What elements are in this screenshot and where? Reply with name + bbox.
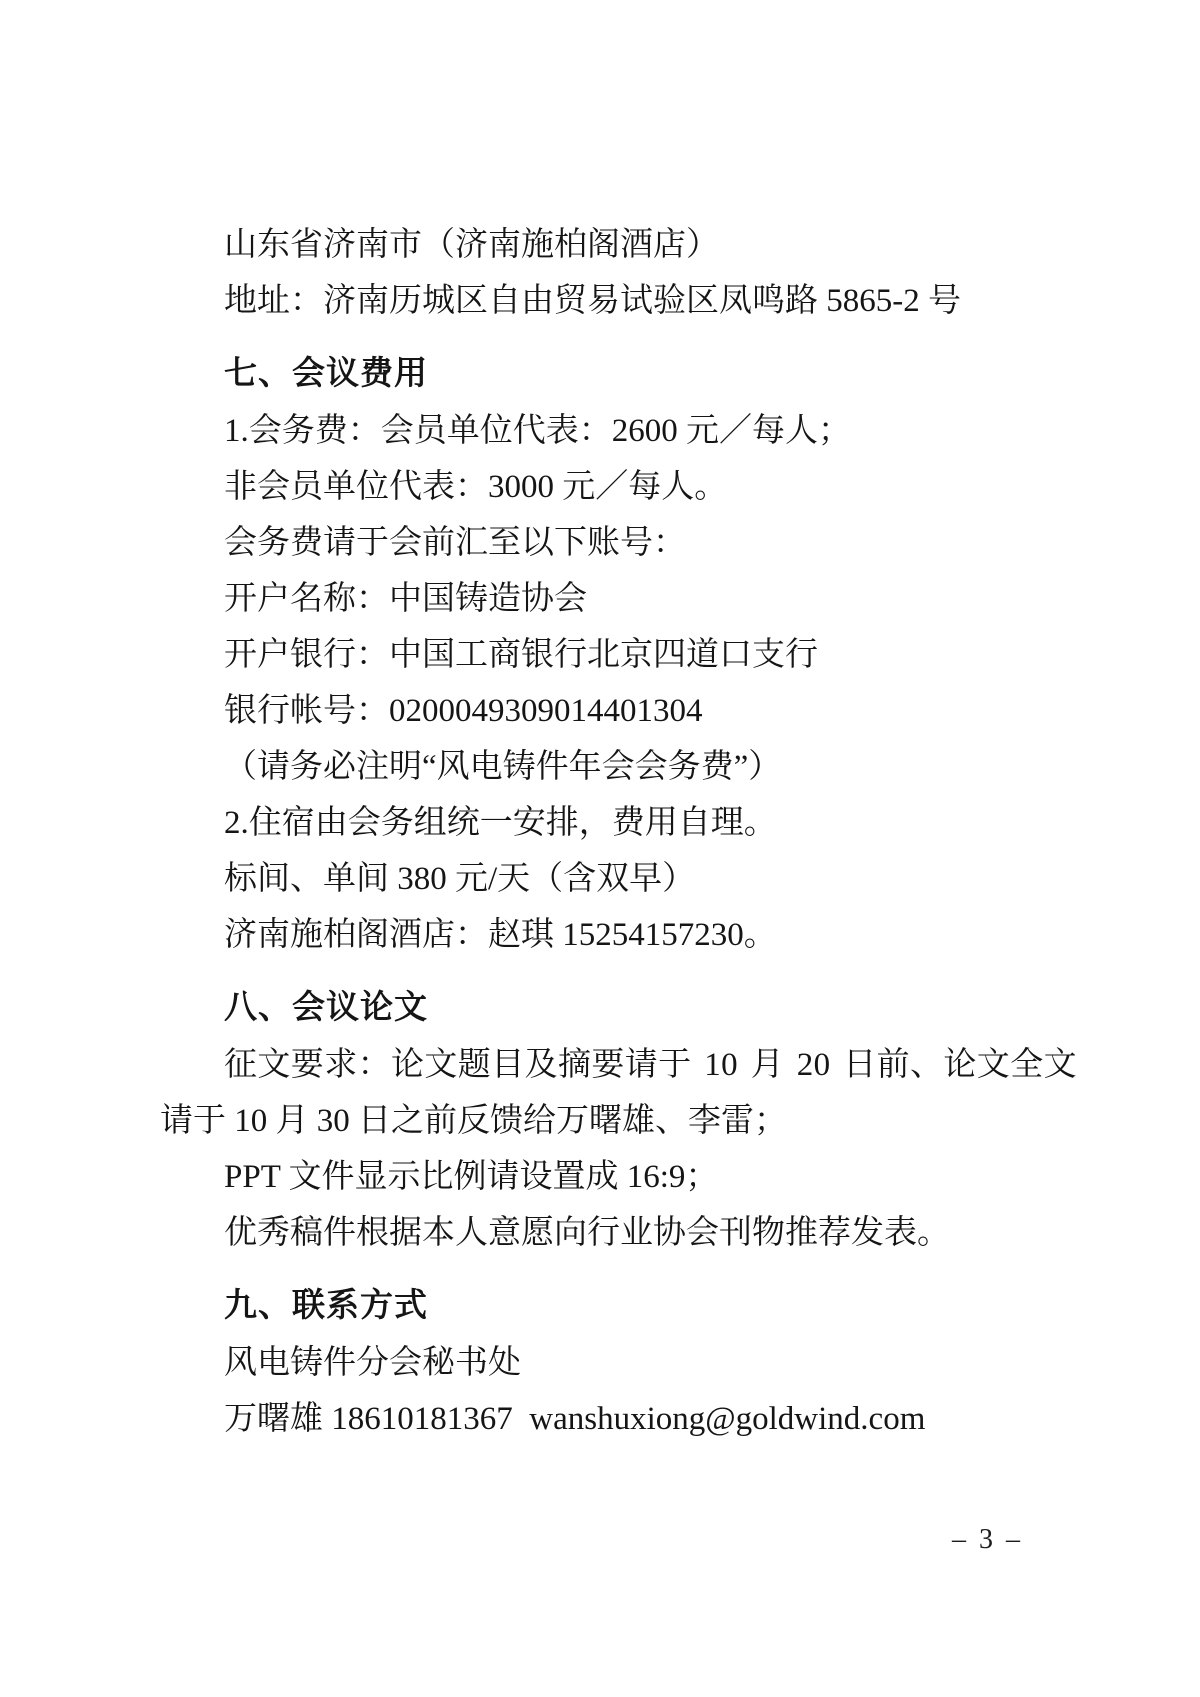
hotel-contact-line: 济南施柏阁酒店：赵琪 15254157230。 xyxy=(160,907,1048,963)
document-page: 山东省济南市（济南施柏阁酒店）地址：济南历城区自由贸易试验区凤鸣路 5865-2… xyxy=(0,0,1200,1697)
fee-member-line: 1.会务费：会员单位代表：2600 元／每人； xyxy=(160,403,1048,459)
remit-notice-line: 会务费请于会前汇至以下账号： xyxy=(160,515,1048,571)
ppt-ratio-line: PPT 文件显示比例请设置成 16:9； xyxy=(160,1149,1048,1205)
account-name-line: 开户名称：中国铸造协会 xyxy=(160,571,1048,627)
document-content: 山东省济南市（济南施柏阁酒店）地址：济南历城区自由贸易试验区凤鸣路 5865-2… xyxy=(160,217,1048,1447)
paper-call-line-2: 请于 10 月 30 日之前反馈给万曙雄、李雷； xyxy=(160,1093,1048,1149)
bank-name-line: 开户银行：中国工商银行北京四道口支行 xyxy=(160,627,1048,683)
remark-notice-line: （请务必注明“风电铸件年会会务费”） xyxy=(160,739,1048,795)
contact-person-line: 万曙雄 18610181367 wanshuxiong@goldwind.com xyxy=(160,1391,1048,1447)
publication-line: 优秀稿件根据本人意愿向行业协会刊物推荐发表。 xyxy=(160,1205,1048,1261)
secretariat-line: 风电铸件分会秘书处 xyxy=(160,1335,1048,1391)
section-heading-fees: 七、会议费用 xyxy=(160,345,1048,401)
page-number: – 3 – xyxy=(952,1524,1072,1556)
account-number-line: 银行帐号：0200049309014401304 xyxy=(160,683,1048,739)
section-heading-papers: 八、会议论文 xyxy=(160,979,1048,1035)
lodging-line: 2.住宿由会务组统一安排，费用自理。 xyxy=(160,795,1048,851)
fee-nonmember-line: 非会员单位代表：3000 元／每人。 xyxy=(160,459,1048,515)
section-heading-contact: 九、联系方式 xyxy=(160,1277,1048,1333)
paper-call-line-1: 征文要求：论文题目及摘要请于 10 月 20 日前、论文全文 xyxy=(160,1037,1048,1093)
venue-line: 山东省济南市（济南施柏阁酒店） xyxy=(160,217,1048,273)
address-line: 地址：济南历城区自由贸易试验区凤鸣路 5865-2 号 xyxy=(160,273,1048,329)
room-rate-line: 标间、单间 380 元/天（含双早） xyxy=(160,851,1048,907)
